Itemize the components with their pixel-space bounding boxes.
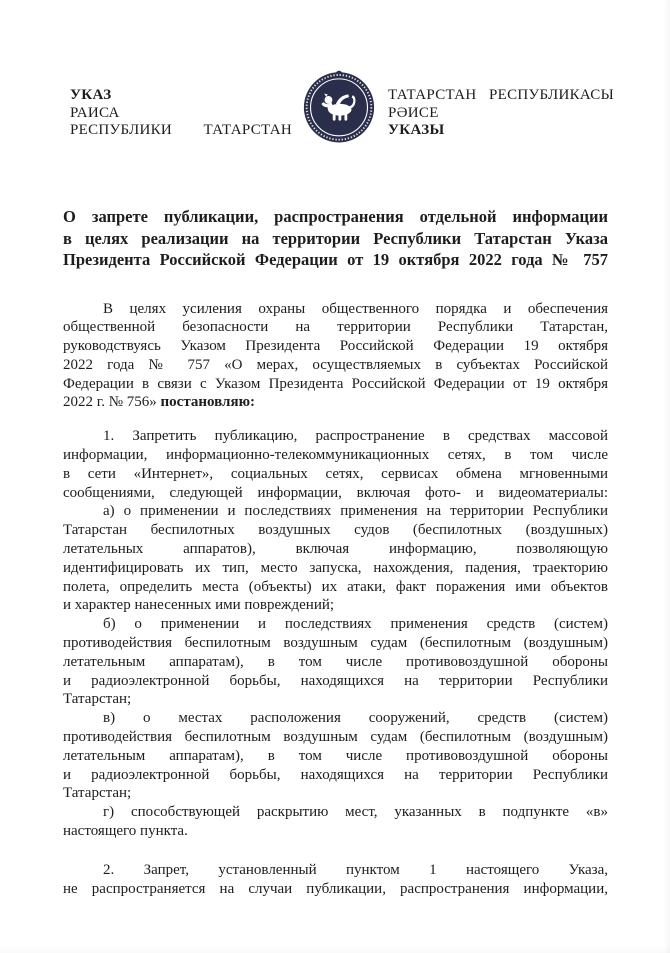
text-line: в) о местах расположения сооружений, сре…	[63, 709, 608, 728]
text-line: 2. Запрет, установленный пунктом 1 насто…	[63, 861, 608, 880]
subitem-a-paragraph: а) о применении и последствиях применени…	[63, 502, 608, 615]
subitem-b-paragraph: б) о применении и последствиях применени…	[63, 615, 608, 709]
text-line: полета, определить места (объекты) их ат…	[63, 578, 608, 597]
text-line: летательным аппаратам), в том числе прот…	[63, 747, 608, 766]
text-line: сообщениями, следующей информации, включ…	[63, 484, 608, 503]
subitem-v-paragraph: в) о местах расположения сооружений, сре…	[63, 709, 608, 803]
text-line: Татарстан;	[63, 784, 608, 803]
text-line: Президента Российской Федерации от 19 ок…	[63, 249, 608, 271]
decree-page: УКАЗРАИСАРЕСПУБЛИКИ ТАТАРСТАН	[0, 0, 670, 953]
text-line: и характер нанесенных ими повреждений;	[63, 596, 608, 615]
item-1-paragraph: 1. Запретить публикацию, распространение…	[63, 427, 608, 502]
text-line: не распространяется на случаи публикации…	[63, 880, 608, 899]
text-line: ТАТАРСТАН РЕСПУБЛИКАСЫ	[388, 87, 614, 105]
text-line: Федерации в связи с Указом Президента Ро…	[63, 375, 608, 394]
text-line: а) о применении и последствиях применени…	[63, 502, 608, 521]
text-line: 2022 г. № 756» постановляю:	[63, 393, 608, 412]
text-line: Татарстан;	[63, 690, 608, 709]
text-line: 1. Запретить публикацию, распространение…	[63, 427, 608, 446]
text-line: РӘИСЕ	[388, 105, 614, 123]
decree-body: В целях усиления охраны общественного по…	[63, 300, 608, 899]
text-line: общественной безопасности на территории …	[63, 318, 608, 337]
text-line: б) о применении и последствиях применени…	[63, 615, 608, 634]
text-line: г) способствующей раскрытию мест, указан…	[63, 803, 608, 822]
text-line: и радиоэлектронной борьбы, находящихся н…	[63, 672, 608, 691]
tatarstan-emblem-seal-icon	[300, 66, 378, 144]
text-line: РЕСПУБЛИКИ ТАТАРСТАН	[70, 122, 292, 140]
text-line: противодействия беспилотным воздушным су…	[63, 634, 608, 653]
text-line: противодействия беспилотным воздушным су…	[63, 728, 608, 747]
text-line: УКАЗ	[70, 87, 292, 105]
text-line: в целях реализации на территории Республ…	[63, 228, 608, 250]
subitem-g-paragraph: г) способствующей раскрытию мест, указан…	[63, 803, 608, 841]
preamble-last-line-text: 2022 г. № 756»	[63, 394, 161, 410]
text-line: идентифицировать их тип, место запуска, …	[63, 559, 608, 578]
preamble-paragraph: В целях усиления охраны общественного по…	[63, 300, 608, 413]
letterhead-tatar: ТАТАРСТАН РЕСПУБЛИКАСЫРӘИСЕУКАЗЫ	[388, 66, 614, 140]
text-line: настоящего пункта.	[63, 822, 608, 841]
text-line: О запрете публикации, распространения от…	[63, 206, 608, 228]
letterhead: УКАЗРАИСАРЕСПУБЛИКИ ТАТАРСТАН	[70, 66, 670, 144]
text-line: летательных аппаратов), включая информац…	[63, 540, 608, 559]
text-line: В целях усиления охраны общественного по…	[63, 300, 608, 319]
text-line: и радиоэлектронной борьбы, находящихся н…	[63, 766, 608, 785]
letterhead-russian: УКАЗРАИСАРЕСПУБЛИКИ ТАТАРСТАН	[70, 66, 292, 140]
text-line: летательным аппаратам), в том числе прот…	[63, 653, 608, 672]
text-line: УКАЗЫ	[388, 122, 614, 140]
text-line: в сети «Интернет», социальных сетях, сер…	[63, 465, 608, 484]
text-line: 2022 года № 757 «О мерах, осуществляемых…	[63, 356, 608, 375]
text-line: РАИСА	[70, 105, 292, 123]
decree-title: О запрете публикации, распространения от…	[63, 206, 608, 271]
text-line: информации, информационно-телекоммуникац…	[63, 446, 608, 465]
text-line: Татарстан беспилотных воздушных судов (б…	[63, 521, 608, 540]
item-2-paragraph: 2. Запрет, установленный пунктом 1 насто…	[63, 861, 608, 899]
resolve-word-bold: постановляю:	[161, 394, 256, 410]
text-line: руководствуясь Указом Президента Российс…	[63, 337, 608, 356]
